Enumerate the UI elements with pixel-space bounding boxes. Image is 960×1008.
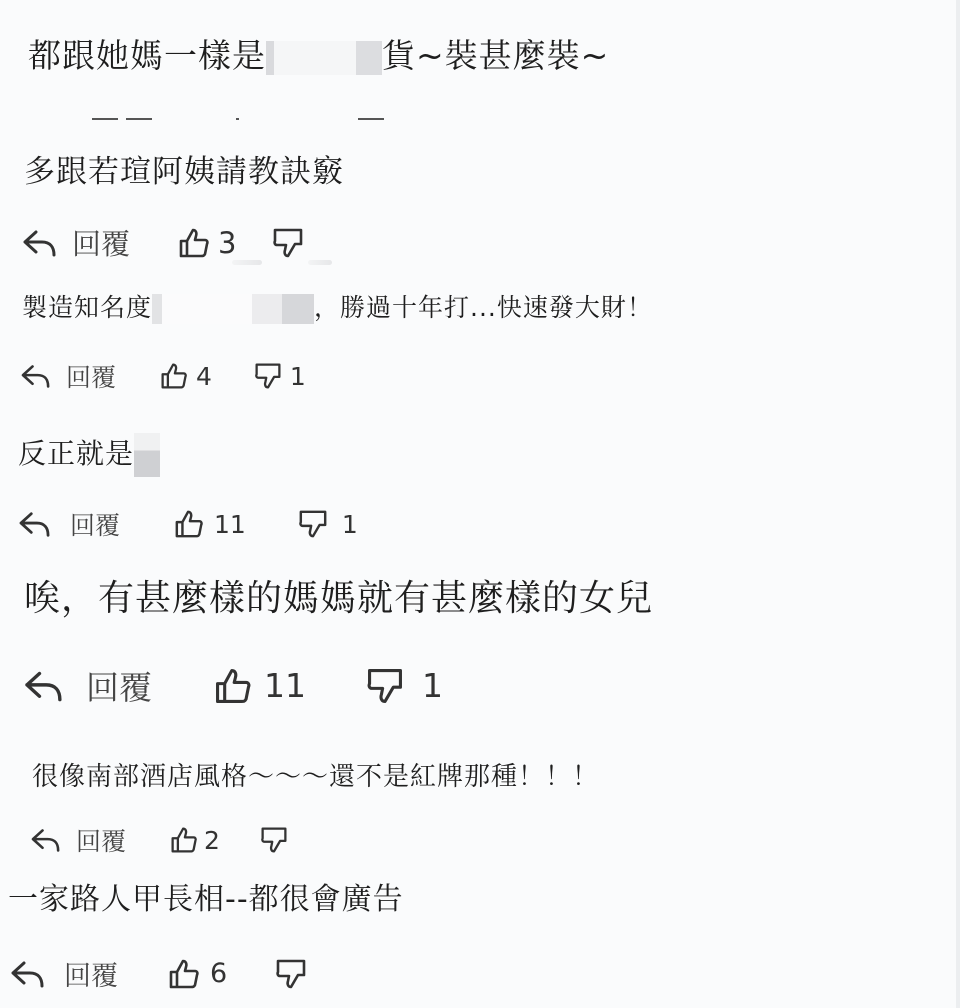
reply-button[interactable]: 回覆 xyxy=(20,358,116,394)
divider-fragment xyxy=(126,118,152,120)
comment-thread: 都跟她媽一樣是貨~裝甚麼裝~ 多跟若瑄阿姨請教訣竅 回覆 3 xyxy=(0,0,960,1008)
like-count: 3 xyxy=(218,226,236,260)
like-button[interactable]: 4 xyxy=(160,362,212,391)
reply-arrow-icon xyxy=(20,363,52,389)
comment-actions: 回覆 6 xyxy=(10,954,307,993)
thumbs-down-icon xyxy=(254,362,282,390)
reply-button[interactable]: 回覆 xyxy=(18,506,120,542)
reply-arrow-icon xyxy=(18,510,52,538)
reply-button[interactable]: 回覆 xyxy=(22,662,152,709)
comment-text-part: ，勝過十年打...快速發大財！ xyxy=(314,293,653,322)
right-border xyxy=(956,0,960,1008)
dislike-button[interactable]: 1 xyxy=(254,362,306,391)
comment-text: 都跟她媽一樣是貨~裝甚麼裝~ xyxy=(28,30,609,77)
comment-text: 多跟若瑄阿姨請教訣竅 xyxy=(24,146,344,191)
like-count: 11 xyxy=(214,510,246,539)
dislike-count: 1 xyxy=(422,666,443,705)
comment-actions: 回覆 2 xyxy=(30,822,288,858)
like-count: 11 xyxy=(264,666,306,705)
reply-button[interactable]: 回覆 xyxy=(10,954,118,993)
reply-button[interactable]: 回覆 xyxy=(22,222,130,263)
comment-text-part: 貨~裝甚麼裝~ xyxy=(382,36,609,75)
thumbs-up-icon xyxy=(178,227,210,259)
dislike-button[interactable] xyxy=(272,227,312,259)
redacted-blur xyxy=(308,260,332,265)
reply-label: 回覆 xyxy=(70,506,120,542)
comment-actions: 回覆 3 xyxy=(22,222,312,263)
redacted-blur xyxy=(152,294,314,324)
like-button[interactable]: 11 xyxy=(174,509,246,539)
comment-text: 一家路人甲長相--都很會廣告 xyxy=(8,874,404,918)
thumbs-up-icon xyxy=(168,958,200,990)
comment-text: 反正就是 xyxy=(18,432,160,477)
like-button[interactable]: 6 xyxy=(168,958,227,990)
comment-text-part: 都跟她媽一樣是 xyxy=(28,36,266,75)
comment-actions: 回覆 11 1 xyxy=(22,662,443,709)
reply-label: 回覆 xyxy=(86,662,152,709)
divider-fragment xyxy=(92,118,118,120)
thumbs-up-icon xyxy=(160,362,188,390)
reply-button[interactable]: 回覆 xyxy=(30,822,126,858)
divider-fragment xyxy=(236,118,239,120)
like-button[interactable]: 3 xyxy=(178,226,236,260)
thumbs-up-icon xyxy=(214,667,252,705)
reply-label: 回覆 xyxy=(76,822,126,858)
thumbs-up-icon xyxy=(174,509,204,539)
thumbs-down-icon xyxy=(366,667,404,705)
dislike-button[interactable]: 1 xyxy=(366,666,443,705)
comment-actions: 回覆 11 1 xyxy=(18,506,358,542)
thumbs-down-icon xyxy=(298,509,328,539)
comment-text-part: 製造知名度 xyxy=(22,293,152,322)
thumbs-down-icon xyxy=(272,227,304,259)
dislike-count: 1 xyxy=(290,362,306,391)
thumbs-down-icon xyxy=(275,958,307,990)
dislike-button[interactable] xyxy=(275,958,307,990)
dislike-button[interactable] xyxy=(260,826,288,854)
comment-text-part: 反正就是 xyxy=(18,437,134,470)
comment-text: 製造知名度，勝過十年打...快速發大財！ xyxy=(22,288,653,324)
dislike-count: 1 xyxy=(342,510,358,539)
thumbs-up-icon xyxy=(170,826,198,854)
like-count: 4 xyxy=(196,362,212,391)
divider-fragment xyxy=(358,118,384,120)
redacted-blur xyxy=(266,41,382,75)
like-button[interactable]: 2 xyxy=(170,826,220,855)
reply-arrow-icon xyxy=(10,959,46,989)
comment-text: 很像南部酒店風格～～～還不是紅牌那種！！！ xyxy=(32,756,599,793)
reply-arrow-icon xyxy=(22,669,66,703)
like-count: 2 xyxy=(204,826,220,855)
redacted-blur xyxy=(134,433,160,477)
like-button[interactable]: 11 xyxy=(214,666,306,705)
reply-label: 回覆 xyxy=(66,358,116,394)
thumbs-down-icon xyxy=(260,826,288,854)
comment-actions: 回覆 4 1 xyxy=(20,358,306,394)
reply-arrow-icon xyxy=(22,228,58,258)
reply-label: 回覆 xyxy=(72,222,130,263)
like-count: 6 xyxy=(210,958,227,989)
reply-arrow-icon xyxy=(30,827,62,853)
dislike-button[interactable]: 1 xyxy=(298,509,358,539)
reply-label: 回覆 xyxy=(64,954,118,993)
redacted-blur xyxy=(232,260,262,265)
comment-text: 唉，有甚麼樣的媽媽就有甚麼樣的女兒 xyxy=(24,570,653,621)
